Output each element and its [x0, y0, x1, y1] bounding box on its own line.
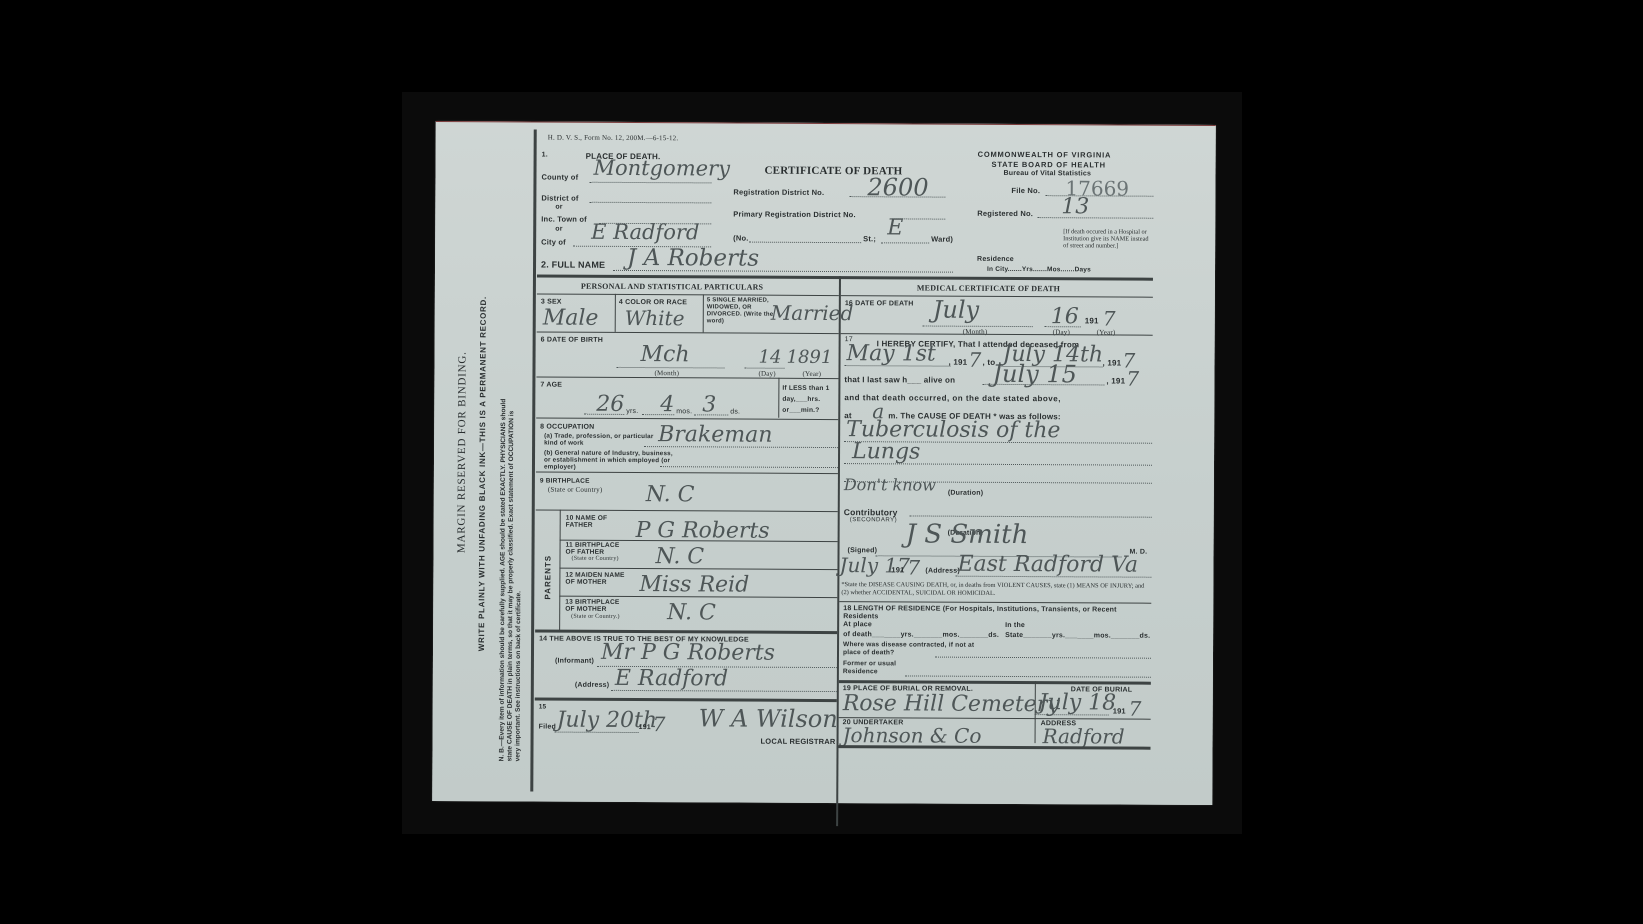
dod-month-value: July: [933, 296, 979, 324]
section-1-label: 1.: [542, 152, 548, 159]
parents-side-label: PARENTS: [543, 555, 552, 600]
county-value: Montgomery: [593, 156, 730, 181]
full-name-value: J A Roberts: [627, 245, 759, 272]
days-unit: ds.: [730, 409, 740, 416]
column-divider: [836, 276, 841, 826]
full-name-label: 2. FULL NAME: [541, 260, 605, 270]
dob-label: 6 DATE OF BIRTH: [541, 337, 603, 344]
burial-place-value: Rose Hill Cemetery: [843, 691, 1060, 717]
last-saw-year: 7: [1126, 367, 1139, 391]
rule: [839, 745, 1151, 750]
city-value: E Radford: [591, 220, 699, 245]
former-residence-line: [905, 675, 1151, 677]
physician-signature: J S Smith: [906, 519, 1029, 550]
board-heading: STATE BOARD OF HEALTH: [992, 160, 1106, 170]
less-than-day-label: If LESS than 1 day,___hrs. or___min.?: [782, 383, 838, 416]
city-label: City of: [541, 238, 566, 247]
informant-address-label: (Address): [575, 682, 610, 689]
age-days-value: 3: [702, 392, 716, 417]
date-of-death-label: 16 DATE OF DEATH: [845, 300, 914, 307]
rule: [536, 509, 838, 512]
filed-year-suffix: 7: [653, 712, 666, 736]
attended-from-year: 7: [968, 348, 981, 372]
rule: [778, 378, 779, 418]
at-place-label: At place: [843, 621, 872, 628]
rule: [839, 680, 1151, 685]
form-number: H. D. V. S., Form No. 12, 200M.—6-15-12.: [548, 134, 679, 143]
street-label: St.;: [863, 234, 876, 243]
age-months-value: 4: [660, 392, 674, 417]
occupation-label: 8 OCCUPATION: [540, 424, 594, 431]
attended-to-year-label: , 191: [1103, 358, 1122, 367]
death-certificate: MARGIN RESERVED FOR BINDING. WRITE PLAIN…: [432, 121, 1216, 805]
section-15-label: 15: [539, 704, 547, 711]
registrar-signature: W A Wilson: [699, 704, 838, 733]
attended-from-year-label: , 191: [949, 358, 968, 367]
dod-year-suffix: 7: [1103, 306, 1116, 330]
birthplace-label: 9 BIRTHPLACE: [540, 478, 590, 485]
informant-value: Mr P G Roberts: [601, 640, 775, 666]
father-name-label: 10 NAME OF FATHER: [566, 515, 622, 529]
residence-state-duration: State_______yrs._______mos._______ds.: [1005, 632, 1150, 640]
rule: [559, 568, 837, 570]
father-birthplace-caption: (State or Country): [571, 556, 618, 562]
birthplace-value: N. C: [646, 482, 695, 507]
occupation-trade-label: (a) Trade, profession, or particular kin…: [544, 433, 654, 448]
filed-year-prefix: 191: [639, 724, 651, 731]
mother-maiden-value: Miss Reid: [639, 572, 749, 598]
cause-line-3-value: Don't know: [844, 475, 936, 494]
certificate-body: H. D. V. S., Form No. 12, 200M.—6-15-12.…: [534, 121, 1216, 805]
contributory-line: [910, 515, 1152, 517]
residence-in-city-label: In City.......Yrs.......Mos.......Days: [987, 266, 1091, 274]
dob-month-value: Mch: [640, 342, 689, 367]
duration-label-1: (Duration): [948, 490, 983, 497]
dob-day-caption: (Day): [758, 370, 775, 378]
last-saw-year-prefix: , 191: [1106, 376, 1125, 385]
age-label: 7 AGE: [540, 382, 562, 389]
street-line: [749, 242, 861, 244]
county-line: [589, 182, 711, 184]
registered-number-line: [1037, 217, 1153, 219]
secondary-label: (SECONDARY): [850, 517, 897, 523]
registration-district-label: Registration District No.: [733, 188, 824, 197]
birthplace-caption: (State or Country): [548, 486, 603, 494]
rule: [536, 376, 838, 379]
rule: [841, 295, 1153, 298]
signed-year-prefix: 191: [891, 565, 904, 574]
industry-line: [660, 466, 838, 468]
mother-birthplace-value: N. C: [667, 600, 716, 625]
registrar-label: LOCAL REGISTRAR: [761, 737, 836, 746]
cause-line-2-value: Lungs: [852, 439, 920, 464]
father-birthplace-value: N. C: [655, 544, 704, 569]
personal-heading: PERSONAL AND STATISTICAL PARTICULARS: [581, 282, 763, 292]
registration-district-value: 2600: [867, 173, 928, 201]
contracted-line: [935, 657, 1151, 659]
medical-heading: MEDICAL CERTIFICATE OF DEATH: [917, 283, 1060, 293]
rule: [537, 293, 839, 296]
residence-label: Residence: [977, 256, 1014, 263]
residence-place-duration: of death_______yrs._______mos._______ds.: [843, 631, 999, 639]
mother-maiden-label: 12 MAIDEN NAME OF MOTHER: [565, 572, 631, 586]
binding-margin: MARGIN RESERVED FOR BINDING. WRITE PLAIN…: [432, 121, 534, 802]
physician-address-label: (Address): [925, 568, 960, 575]
rule: [536, 471, 838, 474]
town-label: Inc. Town of: [541, 215, 587, 224]
last-saw-label: that I last saw h___ alive on: [844, 375, 955, 385]
district-line: [589, 202, 711, 204]
rule: [559, 510, 561, 632]
sex-value: Male: [543, 306, 599, 331]
rule: [615, 294, 616, 332]
burial-date-value: July 18: [1039, 690, 1117, 715]
undertaker-address-value: Radford: [1043, 724, 1125, 748]
burial-year-prefix: 191: [1113, 707, 1126, 716]
registered-number-value: 13: [1061, 194, 1089, 219]
cause-footnote: *State the DISEASE CAUSING DEATH, or, in…: [841, 581, 1151, 599]
undertaker-value: Johnson & Co: [843, 723, 982, 748]
rule: [559, 596, 837, 598]
signed-year-suffix: 7: [907, 555, 920, 579]
contributory-label: Contributory: [844, 507, 898, 517]
occupation-industry-label: (b) General nature of Industry, business…: [544, 450, 674, 472]
file-number-label: File No.: [1011, 186, 1040, 195]
marital-value: Married: [771, 301, 854, 325]
section-divider: [537, 274, 1153, 280]
mother-birthplace-label: 13 BIRTHPLACE OF MOTHER: [565, 600, 627, 613]
nb-note-line3: very important. See instructions on back…: [514, 591, 522, 761]
ink-note: WRITE PLAINLY WITH UNFADING BLACK INK—TH…: [477, 296, 488, 651]
months-unit: mos.: [676, 408, 692, 415]
physician-address-value: East Radford Va: [957, 552, 1138, 578]
mother-birthplace-caption: (State or Country.): [571, 614, 620, 620]
former-residence-label: Former or usual Residence: [843, 660, 923, 676]
ward-label: Ward): [931, 235, 953, 244]
father-birthplace-label: 11 BIRTHPLACE OF FATHER: [566, 543, 628, 556]
years-unit: yrs.: [626, 408, 638, 415]
registered-number-label: Registered No.: [977, 209, 1033, 218]
commonwealth-heading: COMMONWEALTH OF VIRGINIA: [978, 150, 1112, 160]
primary-registration-label: Primary Registration District No.: [733, 210, 856, 220]
residence-length-label: 18 LENGTH OF RESIDENCE (For Hospitals, I…: [843, 605, 1149, 623]
dob-day-value: 14: [758, 347, 781, 368]
age-years-value: 26: [596, 392, 624, 417]
district-label: District of: [541, 194, 578, 203]
rule: [536, 417, 838, 420]
filed-label: Filed: [539, 724, 556, 731]
dob-year-caption: (Year): [802, 370, 821, 378]
or-label-2: or: [555, 226, 562, 233]
occupation-value: Brakeman: [658, 422, 772, 448]
binding-note: MARGIN RESERVED FOR BINDING.: [456, 351, 469, 553]
marital-label: 5 SINGLE MARRIED, WIDOWED, OR DIVORCED. …: [707, 297, 775, 325]
contracted-label: Where was disease contracted, if not at …: [843, 641, 975, 658]
hospital-note: [If death occured in a Hospital or Insti…: [1063, 228, 1151, 249]
ward-value: E: [887, 215, 903, 240]
rule: [535, 697, 837, 702]
street-number-label: (No.: [733, 234, 748, 243]
ward-line: [881, 242, 929, 243]
attended-from-value: May 1st: [847, 341, 936, 366]
dod-year-prefix: 191: [1085, 316, 1099, 325]
burial-year-suffix: 7: [1129, 697, 1142, 721]
rule: [537, 331, 839, 334]
county-label: County of: [541, 173, 578, 182]
in-the-label: In the: [1005, 622, 1025, 629]
last-saw-value: July 15: [992, 360, 1077, 388]
informant-label: (Informant): [555, 658, 594, 665]
or-label-1: or: [555, 204, 562, 211]
race-value: White: [625, 306, 685, 330]
rule: [535, 629, 837, 634]
rule: [703, 294, 704, 332]
rule: [839, 601, 1151, 604]
informant-address-value: E Radford: [615, 666, 728, 692]
dob-year-value: 1891: [786, 347, 832, 368]
dob-month-caption: (Month): [654, 369, 679, 377]
dod-day-value: 16: [1051, 304, 1079, 329]
